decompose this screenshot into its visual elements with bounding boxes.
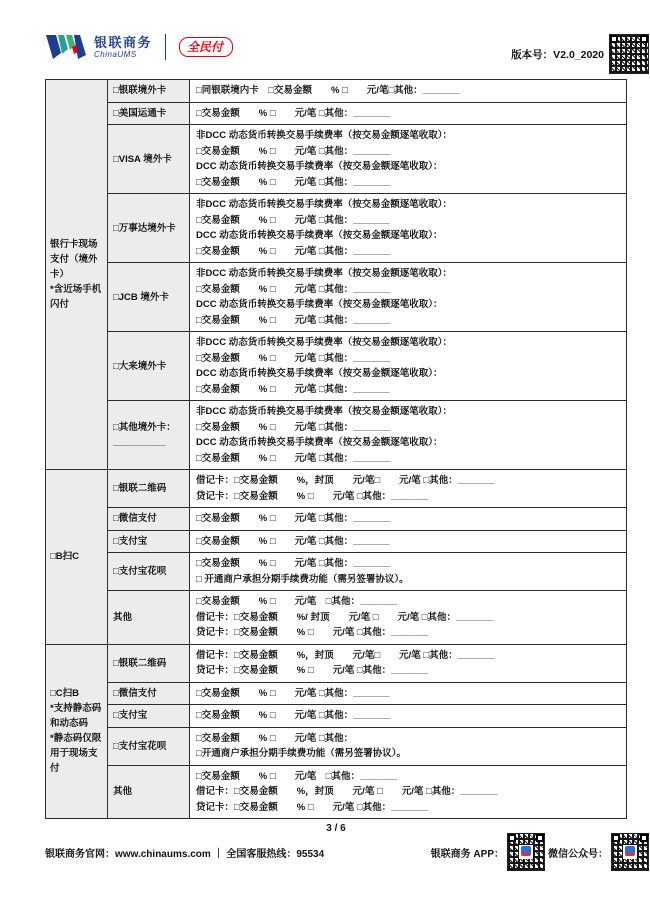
fee-content-cell: □同银联境内卡 □交易金额 % □ 元/笔□其他：_______	[190, 80, 627, 103]
table-row: □VISA 境外卡非DCC 动态货币转换交易手续费率（按交易金额逐笔收取）：□交…	[46, 125, 627, 194]
card-type-cell: 其他	[108, 765, 190, 819]
wechat-qr-code-icon	[612, 834, 648, 870]
section-label: □B扫C	[46, 470, 108, 645]
fee-line: □交易金额 % □ 元/笔 □其他：_______	[196, 175, 620, 191]
table-row: □JCB 境外卡非DCC 动态货币转换交易手续费率（按交易金额逐笔收取）：□交易…	[46, 263, 627, 332]
fee-table-body: 银行卡现场支付（境外卡） *含近场手机闪付□银联境外卡□同银联境内卡 □交易金额…	[46, 80, 627, 819]
card-type-cell: □银联二维码	[108, 644, 190, 682]
card-type-cell: □美国运通卡	[108, 102, 190, 125]
fee-line: □开通商户承担分期手续费功能（需另签署协议）。	[196, 746, 620, 762]
page-header: 银联商务 ChinaUMS 全民付 版本号：V2.0_2020	[0, 0, 650, 73]
fee-line: □交易金额 % □ 元/笔 □其他：_______	[196, 708, 620, 724]
table-row: □C扫B *支持静态码和动态码 *静态码仅限用于现场支付□银联二维码借记卡：□交…	[46, 644, 627, 682]
fee-line: □交易金额 % □ 元/笔 □其他：_______	[196, 511, 620, 527]
card-type-cell: □万事达境外卡	[108, 194, 190, 263]
footer-contact: 银联商务官网：www.chinaums.com ｜ 全国客服热线：95534	[45, 845, 324, 860]
card-type-cell: □VISA 境外卡	[108, 125, 190, 194]
brand-name-cn: 银联商务	[94, 36, 152, 49]
fee-content-cell: □交易金额 % □ 元/笔 □其他：_______□ 开通商户承担分期手续费功能…	[190, 553, 627, 591]
table-row: □支付宝花呗□交易金额 % □ 元/笔 □其他：_______□ 开通商户承担分…	[46, 553, 627, 591]
brand-name-en: ChinaUMS	[94, 51, 152, 59]
card-type-cell: □微信支付	[108, 508, 190, 531]
table-row: □美国运通卡□交易金额 % □ 元/笔 □其他：_______	[46, 102, 627, 125]
card-type-cell: □支付宝	[108, 705, 190, 728]
fee-content-cell: 非DCC 动态货币转换交易手续费率（按交易金额逐笔收取）：□交易金额 % □ 元…	[190, 125, 627, 194]
fee-line: □交易金额 % □ 元/笔 □其他：_______	[196, 556, 620, 572]
chinaums-logo-mark-icon	[45, 33, 87, 61]
page-footer: 银联商务官网：www.chinaums.com ｜ 全国客服热线：95534 银…	[45, 834, 648, 870]
table-row: □大来境外卡非DCC 动态货币转换交易手续费率（按交易金额逐笔收取）：□交易金额…	[46, 332, 627, 401]
fee-line: □交易金额 % □ 元/笔 □其他：_______	[196, 769, 620, 785]
version-label: 版本号：V2.0_2020	[511, 47, 604, 62]
card-type-cell: □银联境外卡	[108, 80, 190, 103]
fee-content-cell: 非DCC 动态货币转换交易手续费率（按交易金额逐笔收取）：□交易金额 % □ 元…	[190, 401, 627, 470]
fee-line: □交易金额 % □ 元/笔 □其他：_______	[196, 313, 620, 329]
fee-line: □交易金额 % □ 元/笔 □其他：	[196, 731, 620, 747]
fee-content-cell: □交易金额 % □ 元/笔 □其他：_______	[190, 508, 627, 531]
fee-line: 贷记卡：□交易金额 % □ 元/笔 □其他：_______	[196, 625, 620, 641]
card-type-cell: □其他境外卡： __________	[108, 401, 190, 470]
app-qr-code-icon	[508, 834, 544, 870]
fee-content-cell: □交易金额 % □ 元/笔 □其他：□开通商户承担分期手续费功能（需另签署协议）…	[190, 727, 627, 765]
table-row: □支付宝□交易金额 % □ 元/笔 □其他：_______	[46, 530, 627, 553]
table-row: □B扫C□银联二维码借记卡：□交易金额 %，封顶 元/笔□ 元/笔 □其他：__…	[46, 470, 627, 508]
fee-line: □交易金额 % □ 元/笔 □其他：_______	[196, 534, 620, 550]
page-number: 3 / 6	[45, 823, 627, 834]
qr-center-logo	[519, 845, 533, 859]
fee-line: □交易金额 % □ 元/笔 □其他：_______	[196, 244, 620, 260]
section-label: 银行卡现场支付（境外卡） *含近场手机闪付	[46, 80, 108, 470]
fee-line: 非DCC 动态货币转换交易手续费率（按交易金额逐笔收取）：	[196, 404, 620, 420]
form-page: 银联商务 ChinaUMS 全民付 版本号：V2.0_2020 银行卡现场支付（…	[0, 0, 650, 919]
logo-divider	[165, 34, 166, 60]
fee-content-cell: 借记卡：□交易金额 %，封顶 元/笔□ 元/笔 □其他：_______贷记卡：□…	[190, 644, 627, 682]
fee-line: 非DCC 动态货币转换交易手续费率（按交易金额逐笔收取）：	[196, 335, 620, 351]
fee-content-cell: 非DCC 动态货币转换交易手续费率（按交易金额逐笔收取）：□交易金额 % □ 元…	[190, 332, 627, 401]
fee-line: □ 开通商户承担分期手续费功能（需另签署协议）。	[196, 572, 620, 588]
fee-line: DCC 动态货币转换交易手续费率（按交易金额逐笔收取）：	[196, 159, 620, 175]
card-type-cell: □微信支付	[108, 682, 190, 705]
card-type-cell: □支付宝花呗	[108, 553, 190, 591]
fee-line: DCC 动态货币转换交易手续费率（按交易金额逐笔收取）：	[196, 435, 620, 451]
fee-line: DCC 动态货币转换交易手续费率（按交易金额逐笔收取）：	[196, 228, 620, 244]
fee-line: 借记卡：□交易金额 %，封顶 元/笔□ 元/笔 □其他：_______	[196, 473, 620, 489]
table-row: □万事达境外卡非DCC 动态货币转换交易手续费率（按交易金额逐笔收取）：□交易金…	[46, 194, 627, 263]
fee-line: 借记卡：□交易金额 %，封顶 元/笔□ 元/笔 □其他：_______	[196, 648, 620, 664]
fee-line: 贷记卡：□交易金额 % □ 元/笔 □其他：_______	[196, 489, 620, 505]
fee-table: 银行卡现场支付（境外卡） *含近场手机闪付□银联境外卡□同银联境内卡 □交易金额…	[45, 79, 627, 819]
fee-line: □交易金额 % □ 元/笔 □其他：_______	[196, 686, 620, 702]
card-type-cell: □大来境外卡	[108, 332, 190, 401]
fee-content-cell: □交易金额 % □ 元/笔 □其他：_______	[190, 530, 627, 553]
footer-qr-area: 银联商务 APP： 微信公众号：	[431, 834, 648, 870]
fee-line: □同银联境内卡 □交易金额 % □ 元/笔□其他：_______	[196, 83, 620, 99]
version-qr-code-icon	[610, 35, 648, 73]
fee-line: □交易金额 % □ 元/笔 □其他：_______	[196, 594, 620, 610]
fee-content-cell: 非DCC 动态货币转换交易手续费率（按交易金额逐笔收取）：□交易金额 % □ 元…	[190, 194, 627, 263]
card-type-cell: □支付宝	[108, 530, 190, 553]
fee-line: 非DCC 动态货币转换交易手续费率（按交易金额逐笔收取）：	[196, 128, 620, 144]
quanminfu-badge: 全民付	[179, 37, 233, 57]
fee-content-cell: □交易金额 % □ 元/笔 □其他：_______借记卡：□交易金额 %/ 封顶…	[190, 591, 627, 645]
fee-content-cell: □交易金额 % □ 元/笔 □其他：_______	[190, 102, 627, 125]
fee-line: □交易金额 % □ 元/笔 □其他：_______	[196, 282, 620, 298]
table-row: □支付宝□交易金额 % □ 元/笔 □其他：_______	[46, 705, 627, 728]
section-label: □C扫B *支持静态码和动态码 *静态码仅限用于现场支付	[46, 644, 108, 819]
card-type-cell: □银联二维码	[108, 470, 190, 508]
fee-line: □交易金额 % □ 元/笔 □其他：_______	[196, 144, 620, 160]
table-row: □微信支付□交易金额 % □ 元/笔 □其他：_______	[46, 508, 627, 531]
fee-line: DCC 动态货币转换交易手续费率（按交易金额逐笔收取）：	[196, 297, 620, 313]
qr-center-logo	[623, 845, 637, 859]
table-row: □微信支付□交易金额 % □ 元/笔 □其他：_______	[46, 682, 627, 705]
table-row: □其他境外卡： __________非DCC 动态货币转换交易手续费率（按交易金…	[46, 401, 627, 470]
fee-line: □交易金额 % □ 元/笔 □其他：_______	[196, 106, 620, 122]
table-row: 银行卡现场支付（境外卡） *含近场手机闪付□银联境外卡□同银联境内卡 □交易金额…	[46, 80, 627, 103]
card-type-cell: 其他	[108, 591, 190, 645]
fee-line: 借记卡：□交易金额 %，封顶 元/笔 □ 元/笔 □其他：_______	[196, 784, 620, 800]
fee-line: DCC 动态货币转换交易手续费率（按交易金额逐笔收取）：	[196, 366, 620, 382]
fee-line: 贷记卡：□交易金额 % □ 元/笔 □其他：_______	[196, 663, 620, 679]
fee-line: 非DCC 动态货币转换交易手续费率（按交易金额逐笔收取）：	[196, 266, 620, 282]
table-row: 其他□交易金额 % □ 元/笔 □其他：_______借记卡：□交易金额 %/ …	[46, 591, 627, 645]
fee-content-cell: □交易金额 % □ 元/笔 □其他：_______	[190, 705, 627, 728]
wechat-qr-label: 微信公众号：	[548, 845, 608, 860]
table-row: □支付宝花呗□交易金额 % □ 元/笔 □其他：□开通商户承担分期手续费功能（需…	[46, 727, 627, 765]
fee-line: □交易金额 % □ 元/笔 □其他：_______	[196, 351, 620, 367]
fee-line: □交易金额 % □ 元/笔 □其他：_______	[196, 420, 620, 436]
chinaums-logo: 银联商务 ChinaUMS 全民付	[45, 33, 233, 61]
card-type-cell: □JCB 境外卡	[108, 263, 190, 332]
fee-line: 贷记卡：□交易金额 % □ 元/笔 □其他：_______	[196, 800, 620, 816]
table-row: 其他□交易金额 % □ 元/笔 □其他：_______借记卡：□交易金额 %，封…	[46, 765, 627, 819]
fee-line: 非DCC 动态货币转换交易手续费率（按交易金额逐笔收取）：	[196, 197, 620, 213]
fee-content-cell: □交易金额 % □ 元/笔 □其他：_______	[190, 682, 627, 705]
version-area: 版本号：V2.0_2020	[511, 35, 648, 73]
fee-line: □交易金额 % □ 元/笔 □其他：_______	[196, 213, 620, 229]
brand-text: 银联商务 ChinaUMS	[94, 36, 152, 59]
fee-line: 借记卡：□交易金额 %/ 封顶 元/笔 □ 元/笔 □其他：_______	[196, 610, 620, 626]
fee-line: □交易金额 % □ 元/笔 □其他：_______	[196, 382, 620, 398]
fee-content-cell: 借记卡：□交易金额 %，封顶 元/笔□ 元/笔 □其他：_______贷记卡：□…	[190, 470, 627, 508]
fee-content-cell: □交易金额 % □ 元/笔 □其他：_______借记卡：□交易金额 %，封顶 …	[190, 765, 627, 819]
card-type-cell: □支付宝花呗	[108, 727, 190, 765]
fee-line: □交易金额 % □ 元/笔 □其他：_______	[196, 451, 620, 467]
app-qr-label: 银联商务 APP：	[431, 845, 504, 860]
fee-content-cell: 非DCC 动态货币转换交易手续费率（按交易金额逐笔收取）：□交易金额 % □ 元…	[190, 263, 627, 332]
